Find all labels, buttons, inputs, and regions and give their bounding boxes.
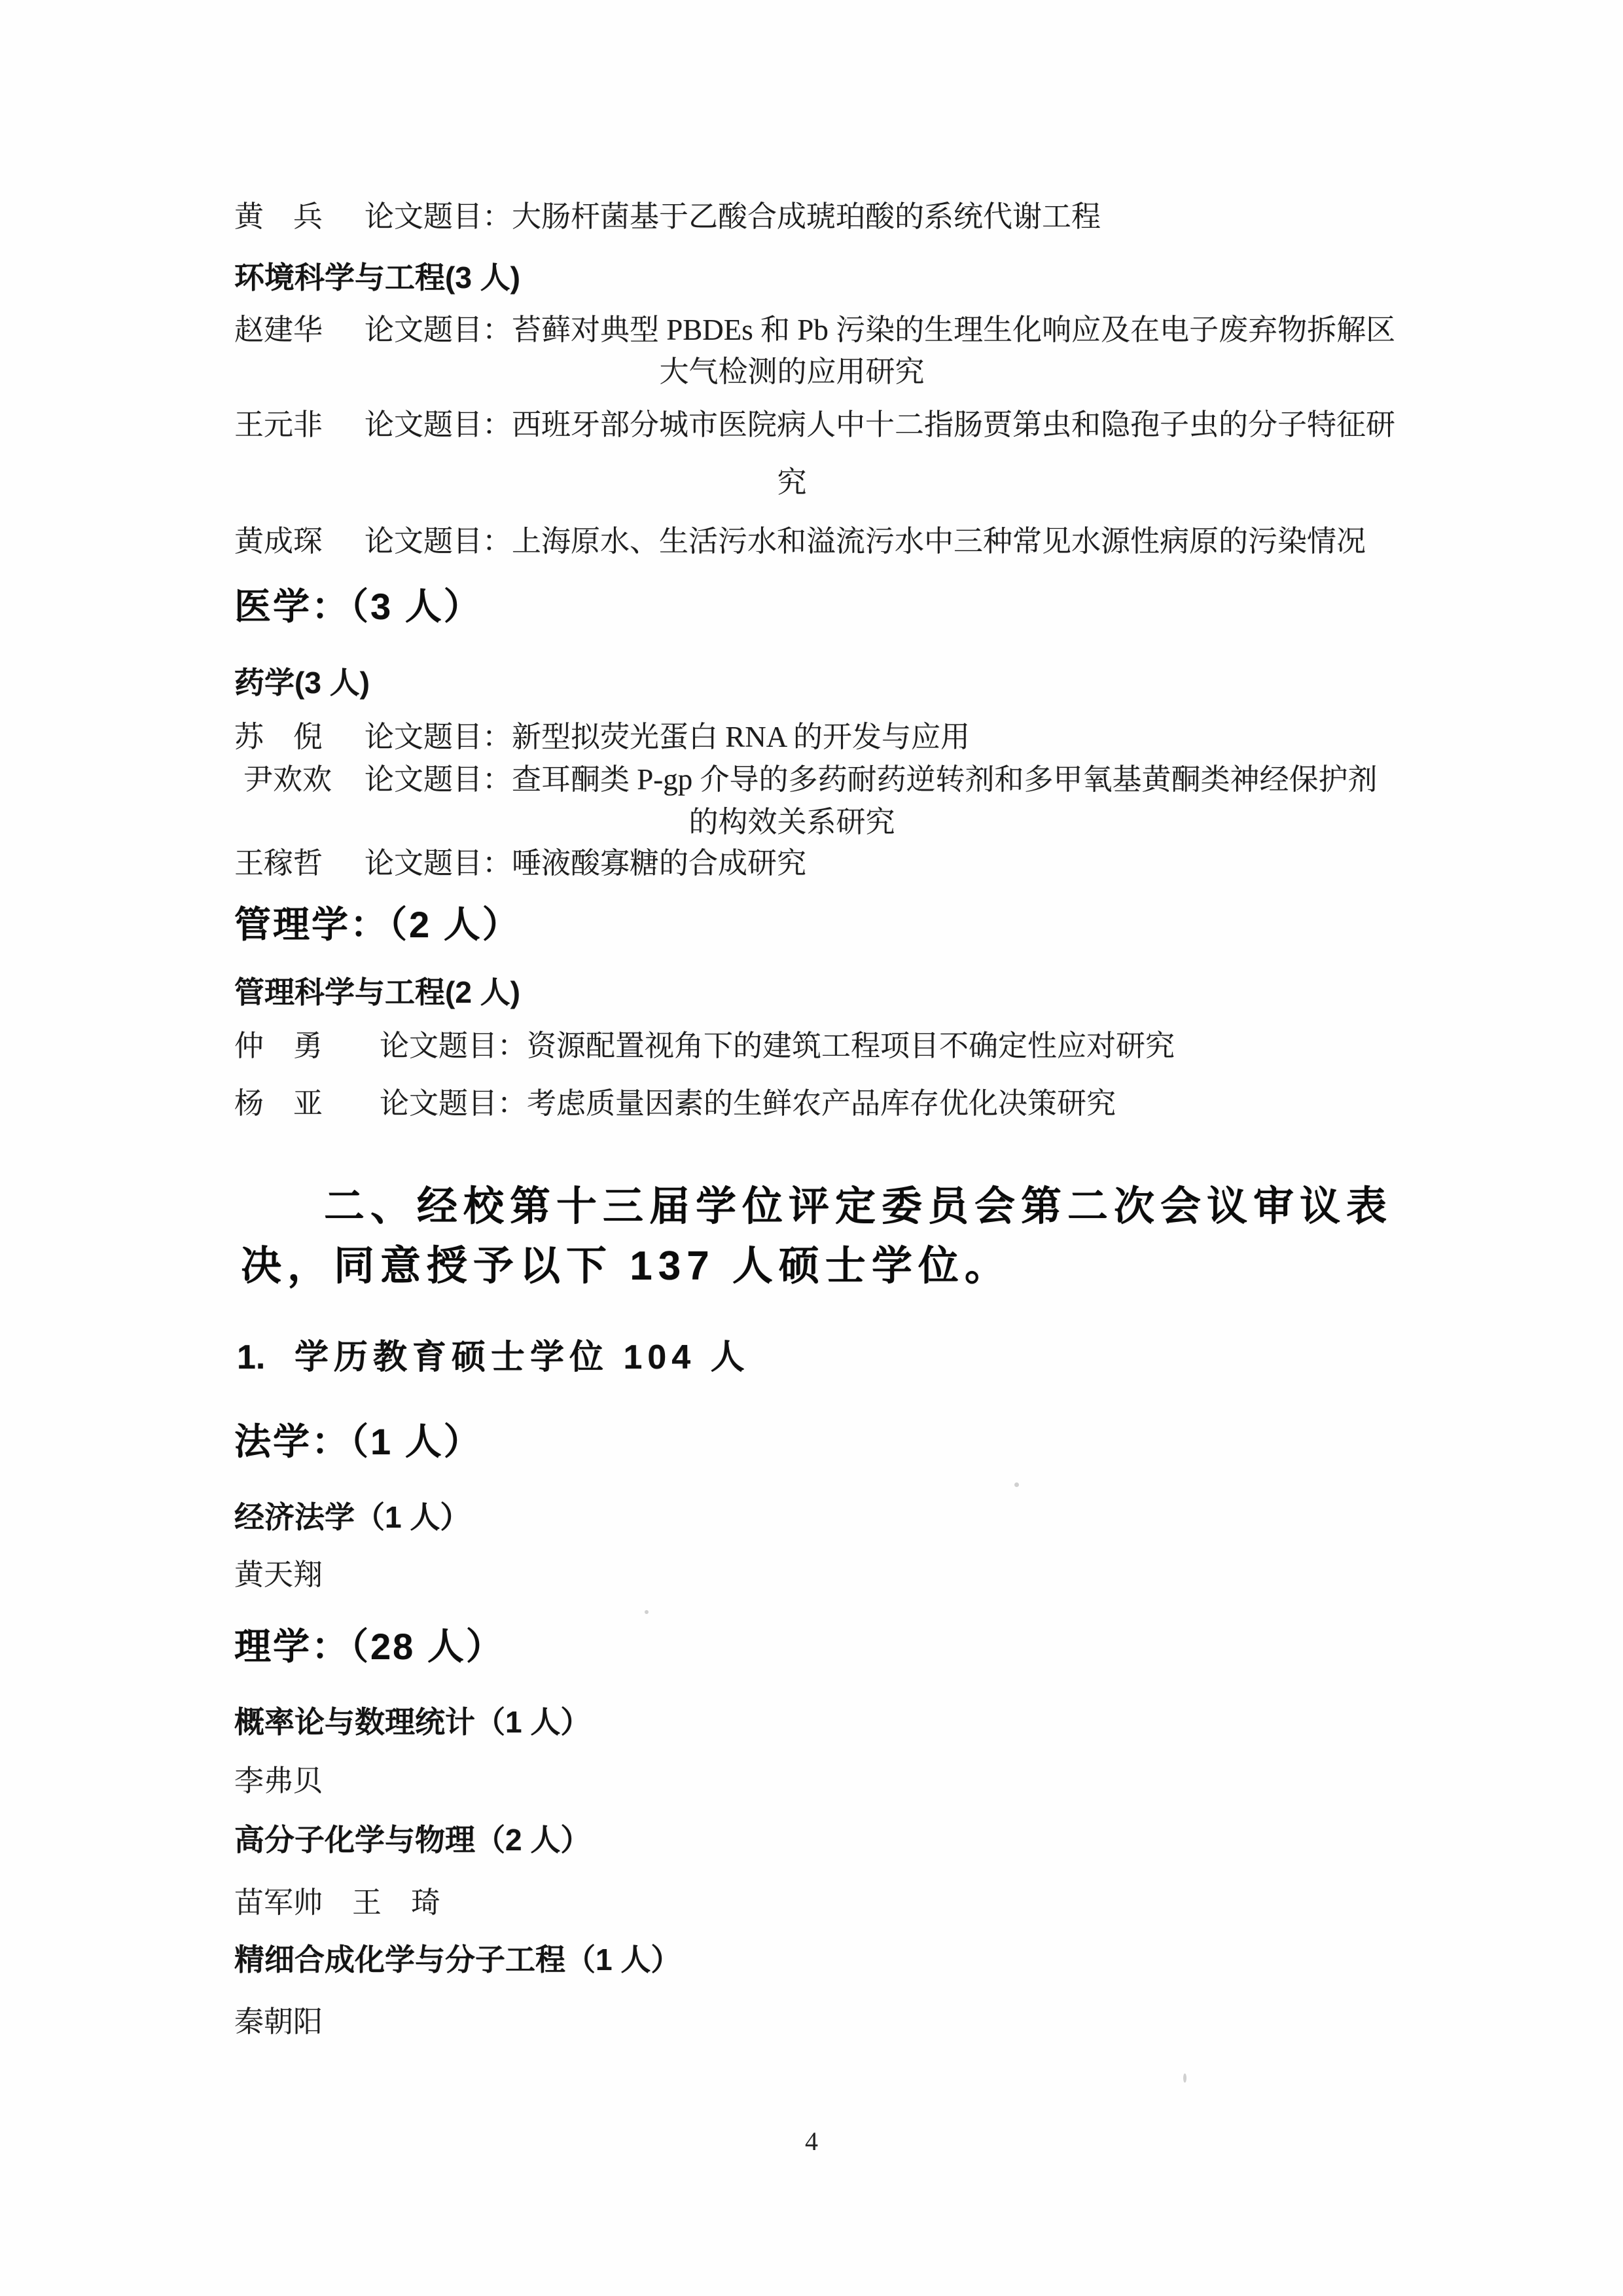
graduate-name: 苏 倪: [234, 721, 365, 755]
graduate-name: 赵建华: [234, 314, 365, 348]
thesis-row: 赵建华论文题目：苔藓对典型 PBDEs 和 Pb 污染的生理生化响应及在电子废弃…: [234, 314, 1395, 348]
degree-category-heading-law: 法学：（1 人）: [234, 1422, 482, 1462]
thesis-title: 资源配置视角下的建筑工程项目不确定性应对研究: [527, 1030, 1175, 1062]
thesis-title-label: 论文题目：: [380, 1087, 527, 1120]
thesis-title: 查耳酮类 P-gp 介导的多药耐药逆转剂和多甲氧基黄酮类神经保护剂: [512, 763, 1378, 796]
graduate-name-list: 苗军帅 王 琦: [234, 1886, 440, 1920]
thesis-row: 王稼哲论文题目：唾液酸寡糖的合成研究: [234, 847, 806, 881]
section-heading-line2: 决，同意授予以下 137 人硕士学位。: [241, 1244, 1011, 1289]
thesis-title-continuation: 大气检测的应用研究: [0, 355, 1584, 389]
thesis-row: 黄 兵论文题目：大肠杆菌基于乙酸合成琥珀酸的系统代谢工程: [234, 200, 1101, 234]
graduate-name: 杨 亚: [234, 1087, 380, 1121]
discipline-subheading-probability: 概率论与数理统计（1 人）: [234, 1706, 590, 1739]
graduate-name: 仲 勇: [234, 1030, 380, 1064]
thesis-title: 苔藓对典型 PBDEs 和 Pb 污染的生理生化响应及在电子废弃物拆解区: [512, 314, 1395, 346]
degree-category-heading-medicine: 医学：（3 人）: [234, 586, 482, 627]
graduate-name-list: 黄天翔: [234, 1558, 323, 1592]
thesis-title-label: 论文题目：: [365, 721, 512, 753]
thesis-title-label: 论文题目：: [365, 314, 512, 346]
thesis-row: 仲 勇论文题目：资源配置视角下的建筑工程项目不确定性应对研究: [234, 1030, 1175, 1064]
thesis-title: 大肠杆菌基于乙酸合成琥珀酸的系统代谢工程: [512, 200, 1101, 233]
thesis-title: 新型拟荧光蛋白 RNA 的开发与应用: [512, 721, 970, 753]
subsection-number: 1.: [237, 1339, 294, 1376]
scan-speck: [645, 1610, 649, 1614]
graduate-name: 黄 兵: [234, 200, 365, 234]
discipline-subheading-polymer: 高分子化学与物理（2 人）: [234, 1823, 590, 1857]
graduate-name: 王元非: [234, 408, 365, 442]
thesis-title: 考虑质量因素的生鲜农产品库存优化决策研究: [527, 1087, 1116, 1120]
thesis-title-continuation: 的构效关系研究: [0, 806, 1584, 840]
scan-speck: [1183, 2073, 1186, 2083]
thesis-row: 黄成琛论文题目：上海原水、生活污水和溢流污水中三种常见水源性病原的污染情况: [234, 525, 1366, 559]
thesis-title-label: 论文题目：: [365, 847, 512, 880]
discipline-subheading-env: 环境科学与工程(3 人): [234, 261, 520, 295]
graduate-name-list: 李弗贝: [234, 1765, 323, 1799]
thesis-row: 王元非论文题目：西班牙部分城市医院病人中十二指肠贾第虫和隐孢子虫的分子特征研: [234, 408, 1395, 442]
discipline-subheading-pharmacy: 药学(3 人): [234, 666, 370, 700]
thesis-title-label: 论文题目：: [365, 408, 512, 441]
graduate-name-list: 秦朝阳: [234, 2005, 323, 2039]
thesis-title: 西班牙部分城市医院病人中十二指肠贾第虫和隐孢子虫的分子特征研: [512, 408, 1395, 441]
thesis-row: 苏 倪论文题目：新型拟荧光蛋白 RNA 的开发与应用: [234, 721, 970, 755]
discipline-subheading-mgmt-sci-eng: 管理科学与工程(2 人): [234, 976, 520, 1009]
thesis-row: 杨 亚论文题目：考虑质量因素的生鲜农产品库存优化决策研究: [234, 1087, 1116, 1121]
graduate-name: 黄成琛: [234, 525, 365, 559]
thesis-title-label: 论文题目：: [365, 200, 512, 233]
page-number: 4: [0, 2126, 1623, 2157]
thesis-title-label: 论文题目：: [365, 525, 512, 558]
discipline-subheading-fine-chem: 精细合成化学与分子工程（1 人）: [234, 1943, 681, 1977]
degree-category-heading-science: 理学：（28 人）: [234, 1626, 505, 1667]
discipline-subheading-econ-law: 经济法学（1 人）: [234, 1501, 470, 1534]
section-heading-line1: 二、经校第十三届学位评定委员会第二次会议审议表: [324, 1185, 1393, 1229]
graduate-name: 王稼哲: [234, 847, 365, 881]
thesis-title-continuation: 究: [0, 466, 1584, 500]
document-page: 黄 兵论文题目：大肠杆菌基于乙酸合成琥珀酸的系统代谢工程 环境科学与工程(3 人…: [0, 0, 1623, 2296]
scan-speck: [1014, 1482, 1019, 1487]
thesis-title-label: 论文题目：: [380, 1030, 527, 1062]
thesis-row: 尹欢欢论文题目：查耳酮类 P-gp 介导的多药耐药逆转剂和多甲氧基黄酮类神经保护…: [243, 763, 1378, 797]
graduate-name: 尹欢欢: [243, 763, 365, 797]
degree-category-heading-management: 管理学：（2 人）: [234, 905, 521, 945]
thesis-title: 唾液酸寡糖的合成研究: [512, 847, 806, 880]
thesis-title-label: 论文题目：: [365, 763, 512, 796]
subsection-heading: 1.学历教育硕士学位 104 人: [237, 1339, 750, 1376]
subsection-text: 学历教育硕士学位 104 人: [294, 1338, 750, 1376]
thesis-title: 上海原水、生活污水和溢流污水中三种常见水源性病原的污染情况: [512, 525, 1366, 558]
